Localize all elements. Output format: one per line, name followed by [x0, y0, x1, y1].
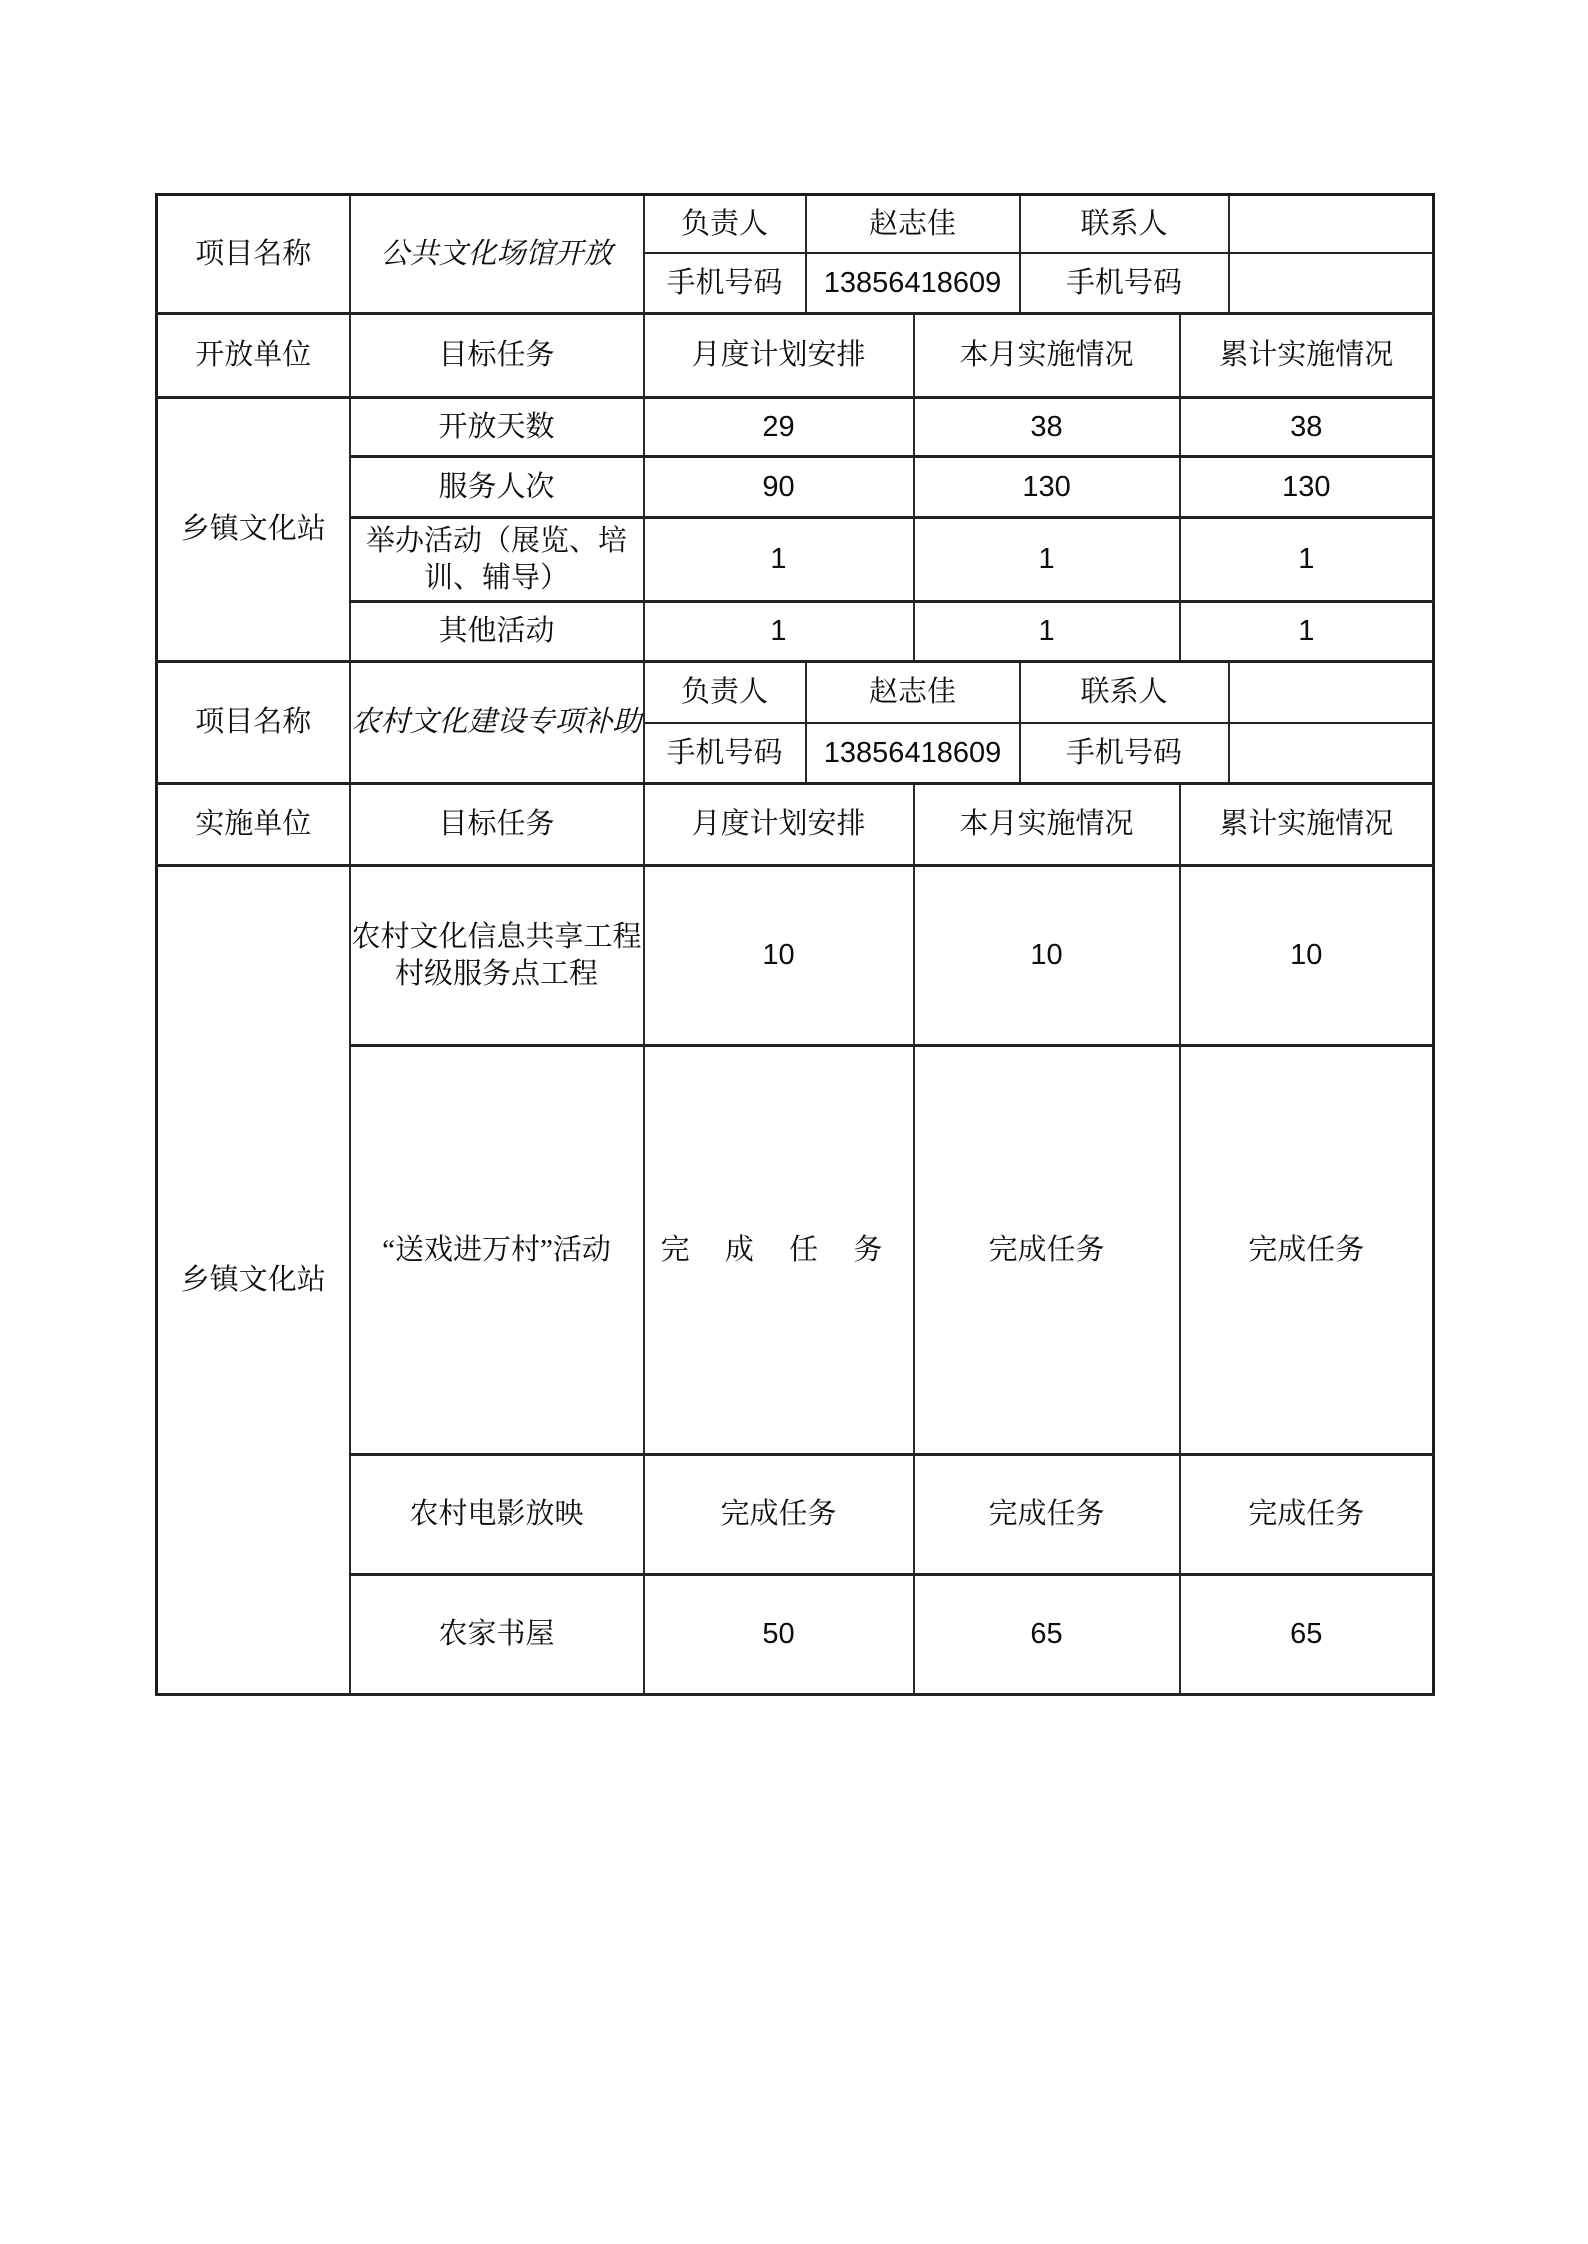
month-value-cell: 1	[914, 602, 1180, 662]
plan-value-cell: 50	[644, 1575, 914, 1695]
task-cell: “送戏进万村”活动	[350, 1046, 644, 1455]
header2-unit-cell: 实施单位	[157, 784, 350, 866]
total-value-cell: 130	[1180, 457, 1434, 518]
phone2-value-cell: 13856418609	[806, 723, 1020, 784]
total-value-cell: 1	[1180, 518, 1434, 602]
header2-month-cell: 本月实施情况	[914, 784, 1180, 866]
contact1-label-cell: 联系人	[1020, 195, 1229, 253]
leader2-value-cell: 赵志佳	[806, 662, 1020, 723]
project2-label-cell: 项目名称	[157, 662, 350, 784]
task-cell: 农村文化信息共享工程村级服务点工程	[350, 866, 644, 1046]
total-value-cell: 完成任务	[1180, 1455, 1434, 1575]
month-value-cell: 130	[914, 457, 1180, 518]
plan-value-cell: 1	[644, 518, 914, 602]
contact2-value-cell	[1229, 662, 1434, 723]
phone1-value2-cell	[1229, 253, 1434, 314]
header1-month-cell: 本月实施情况	[914, 314, 1180, 398]
phone2-value2-cell	[1229, 723, 1434, 784]
task-cell: 服务人次	[350, 457, 644, 518]
project1-name-cell: 公共文化场馆开放	[350, 195, 644, 314]
phone1-label-cell: 手机号码	[644, 253, 806, 314]
header1-total-cell: 累计实施情况	[1180, 314, 1434, 398]
task-cell: 其他活动	[350, 602, 644, 662]
contact1-value-cell	[1229, 195, 1434, 253]
phone2-label2-cell: 手机号码	[1020, 723, 1229, 784]
document-page: 项目名称 公共文化场馆开放 负责人 赵志佳 联系人 手机号码 138564186…	[0, 0, 1588, 2244]
total-value-cell: 65	[1180, 1575, 1434, 1695]
month-value-cell: 65	[914, 1575, 1180, 1695]
total-value-cell: 1	[1180, 602, 1434, 662]
total-value-cell: 38	[1180, 398, 1434, 457]
header1-task-cell: 目标任务	[350, 314, 644, 398]
total-value-cell: 完成任务	[1180, 1046, 1434, 1455]
phone1-value-cell: 13856418609	[806, 253, 1020, 314]
header2-task-cell: 目标任务	[350, 784, 644, 866]
project2-name-cell: 农村文化建设专项补助	[350, 662, 644, 784]
month-value-cell: 1	[914, 518, 1180, 602]
contact2-label-cell: 联系人	[1020, 662, 1229, 723]
plan-value-cell: 29	[644, 398, 914, 457]
month-value-cell: 完成任务	[914, 1046, 1180, 1455]
plan-value-cell: 90	[644, 457, 914, 518]
project1-label-cell: 项目名称	[157, 195, 350, 314]
header1-plan-cell: 月度计划安排	[644, 314, 914, 398]
leader2-label-cell: 负责人	[644, 662, 806, 723]
plan-value-cell: 10	[644, 866, 914, 1046]
header2-total-cell: 累计实施情况	[1180, 784, 1434, 866]
month-value-cell: 完成任务	[914, 1455, 1180, 1575]
task-cell: 农家书屋	[350, 1575, 644, 1695]
task-cell: 开放天数	[350, 398, 644, 457]
task-cell: 农村电影放映	[350, 1455, 644, 1575]
month-value-cell: 10	[914, 866, 1180, 1046]
monthly-report-table: 项目名称 公共文化场馆开放 负责人 赵志佳 联系人 手机号码 138564186…	[155, 193, 1435, 1696]
plan-value-cell: 1	[644, 602, 914, 662]
total-value-cell: 10	[1180, 866, 1434, 1046]
task-cell: 举办活动（展览、培训、辅导）	[350, 518, 644, 602]
station1-cell: 乡镇文化站	[157, 398, 350, 662]
station2-cell: 乡镇文化站	[157, 866, 350, 1695]
month-value-cell: 38	[914, 398, 1180, 457]
phone2-label-cell: 手机号码	[644, 723, 806, 784]
phone1-label2-cell: 手机号码	[1020, 253, 1229, 314]
header2-plan-cell: 月度计划安排	[644, 784, 914, 866]
plan-value-cell: 完成任务	[644, 1455, 914, 1575]
plan-value-cell: 完 成 任 务	[644, 1046, 914, 1455]
leader1-label-cell: 负责人	[644, 195, 806, 253]
header1-unit-cell: 开放单位	[157, 314, 350, 398]
leader1-value-cell: 赵志佳	[806, 195, 1020, 253]
